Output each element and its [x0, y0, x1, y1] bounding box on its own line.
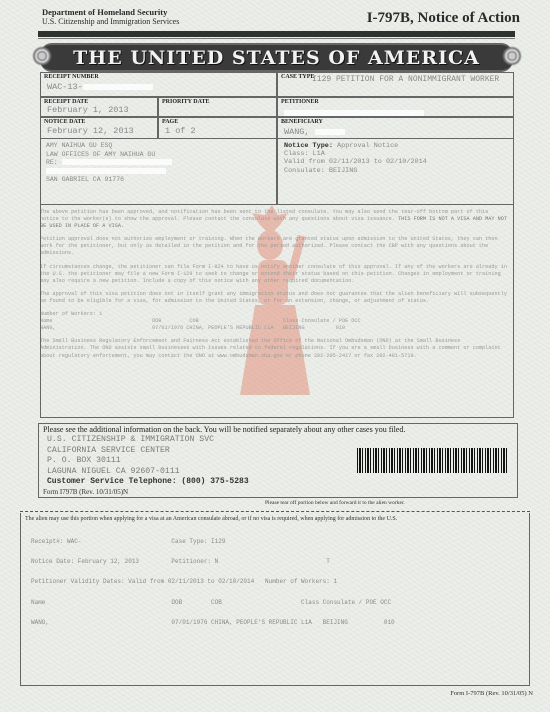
- form-title: I-797B, Notice of Action: [367, 10, 520, 27]
- notice-consulate: Consulate: BEIJING: [284, 167, 427, 175]
- address-line-2: LAW OFFICES OF AMY NAIHUA GU: [46, 151, 172, 160]
- page-label: PAGE: [162, 119, 178, 125]
- address-line-4: [46, 168, 172, 177]
- beneficiary-value: WANG,: [284, 127, 345, 137]
- national-banner: THE UNITED STATES OF AMERICA: [40, 43, 513, 72]
- tear-off-instruction: Please tear off portion below and forwar…: [265, 500, 405, 506]
- tear-off-line-table-header: Name DOB COB Class Consulate / POE OCC: [31, 600, 395, 607]
- address-block: AMY NAIHUA GU ESQ LAW OFFICES OF AMY NAI…: [40, 139, 277, 205]
- return-address-box: Please see the additional information on…: [38, 423, 518, 498]
- customer-service-phone: Customer Service Telephone: (800) 375-52…: [47, 477, 249, 486]
- receipt-date-value: February 1, 2013: [47, 105, 129, 115]
- tear-off-line-table-row: WANG, 07/01/1976 CHINA, PEOPLE'S REPUBLI…: [31, 620, 395, 627]
- redaction: [83, 84, 153, 90]
- tear-off-line-receipt: Receipt#: WAC- Case Type: I129: [31, 539, 395, 546]
- petitioner-cell: PETITIONER: [277, 97, 514, 117]
- body-frame: [40, 205, 514, 418]
- page-value: 1 of 2: [165, 126, 196, 136]
- address-line-1: AMY NAIHUA GU ESQ: [46, 142, 172, 151]
- notice-info-block: Notice Type: Approval Notice Class: L1A …: [277, 139, 514, 205]
- rosette-icon: [502, 46, 522, 66]
- notice-class: Class: L1A: [284, 150, 427, 158]
- priority-date-label: PRIORITY DATE: [162, 99, 210, 105]
- notice-date-cell: NOTICE DATE February 12, 2013: [40, 117, 158, 139]
- rosette-icon: [32, 46, 52, 66]
- header-rule-thin: [38, 38, 515, 39]
- case-type-value: I129 PETITION FOR A NONIMMIGRANT WORKER: [312, 75, 499, 84]
- receipt-number-value: WAC-13-: [47, 82, 153, 92]
- page-cell: PAGE 1 of 2: [158, 117, 277, 139]
- form-revision: Form I797B (Rev. 10/31/05)N: [43, 488, 128, 496]
- notice-date-value: February 12, 2013: [47, 126, 134, 136]
- tear-off-line-notice-date: Notice Date: February 12, 2013 Petitione…: [31, 559, 395, 566]
- receipt-date-cell: RECEIPT DATE February 1, 2013: [40, 97, 158, 117]
- notice-validity: Valid from 02/11/2013 to 02/10/2014: [284, 158, 427, 166]
- additional-info-notice: Please see the additional information on…: [43, 425, 405, 434]
- case-type-label: CASE TYPE: [281, 74, 314, 80]
- beneficiary-label: BENEFICIARY: [281, 119, 323, 125]
- case-type-cell: CASE TYPE I129 PETITION FOR A NONIMMIGRA…: [277, 72, 514, 97]
- tear-off-line-validity: Petitioner Validity Dates: Valid from 02…: [31, 579, 395, 586]
- tear-off-portion: The alien may use this portion when appl…: [20, 513, 530, 686]
- beneficiary-cell: BENEFICIARY WANG,: [277, 117, 514, 139]
- address-line-3: RE:: [46, 159, 172, 168]
- priority-date-cell: PRIORITY DATE: [158, 97, 277, 117]
- department-name: Department of Homeland Security: [42, 7, 167, 17]
- receipt-number-label: RECEIPT NUMBER: [44, 74, 99, 80]
- tear-off-line: [20, 511, 530, 512]
- notice-date-label: NOTICE DATE: [44, 119, 85, 125]
- barcode-icon: [357, 448, 509, 473]
- tear-off-details: Receipt#: WAC- Case Type: I129 Notice Da…: [31, 525, 395, 641]
- address-line-5: SAN GABRIEL CA 91776: [46, 176, 172, 185]
- uscis-address: U.S. CITIZENSHIP & IMMIGRATION SVC CALIF…: [47, 435, 214, 477]
- notice-type: Notice Type: Approval Notice: [284, 142, 427, 150]
- receipt-number-cell: RECEIPT NUMBER WAC-13-: [40, 72, 277, 97]
- petitioner-label: PETITIONER: [281, 99, 319, 105]
- banner-text: THE UNITED STATES OF AMERICA: [73, 47, 480, 69]
- tear-off-note: The alien may use this portion when appl…: [25, 516, 397, 522]
- agency-name: U.S. Citizenship and Immigration Service…: [42, 17, 179, 27]
- header-rule: [38, 31, 515, 37]
- footer-form-revision: Form I-797B (Rev. 10/31/05) N: [450, 690, 533, 697]
